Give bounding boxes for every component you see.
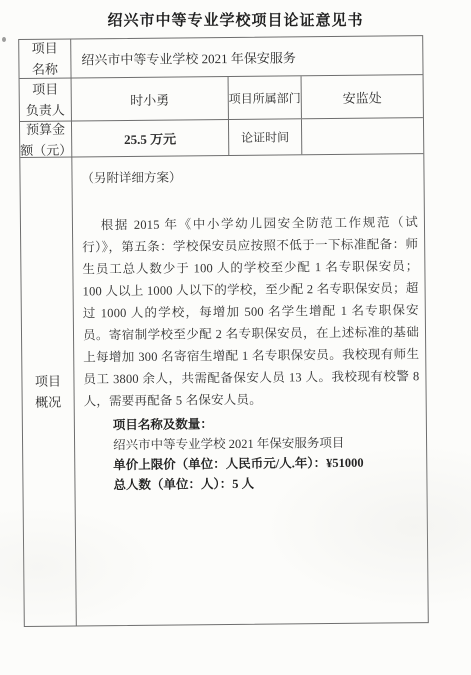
leader-label: 项目 负责人 (20, 79, 71, 121)
budget-label-cell: 预算金 额（元） (20, 122, 72, 157)
department-label-cell: 项目所属部门 (229, 76, 302, 119)
leader-value-cell: 时小勇 (72, 77, 229, 121)
review-time-value-cell (302, 118, 423, 154)
attachment-note: （另附详细方案） (81, 166, 417, 187)
page-title: 绍兴市中等专业学校项目论证意见书 (0, 9, 471, 30)
project-name-label: 项目 名称 (19, 38, 70, 80)
review-time-label: 论证时间 (241, 128, 289, 145)
project-form-table: 项目 名称 绍兴市中等专业学校 2021 年保安服务 项目 负责人 时小勇 项目… (18, 35, 429, 627)
budget-value-cell: 25.5 万元 (72, 120, 229, 157)
project-name-value-cell: 绍兴市中等专业学校 2021 年保安服务 (71, 36, 422, 77)
leader-value: 时小勇 (130, 89, 169, 108)
row-budget: 预算金 额（元） 25.5 万元 论证时间 (20, 118, 423, 158)
row-project-leader: 项目 负责人 时小勇 项目所属部门 安监处 (20, 75, 423, 122)
detail-line-headcount: 总人数（单位：人）：5 人 (113, 472, 420, 495)
department-label: 项目所属部门 (229, 89, 301, 107)
project-name-value: 绍兴市中等专业学校 2021 年保安服务 (81, 47, 296, 68)
project-name-label-cell: 项目 名称 (19, 40, 71, 78)
leader-label-cell: 项目 负责人 (20, 79, 72, 121)
overview-details: 项目名称及数量： 绍兴市中等专业学校 2021 年保安服务项目 单价上限价（单位… (113, 412, 421, 495)
overview-content-cell: （另附详细方案） 根据 2015 年《中小学幼儿园安全防范工作规范（试行）》，第… (72, 154, 427, 625)
scan-speck (2, 37, 6, 42)
budget-label: 预算金 额（元） (20, 118, 71, 160)
row-overview: 项目 概况 （另附详细方案） 根据 2015 年《中小学幼儿园安全防范工作规范（… (20, 154, 427, 626)
budget-value: 25.5 万元 (124, 129, 176, 148)
overview-paragraph: 根据 2015 年《中小学幼儿园安全防范工作规范（试行）》，第五条：学校保安员应… (82, 211, 420, 412)
row-project-name: 项目 名称 绍兴市中等专业学校 2021 年保安服务 (19, 36, 422, 79)
department-value-cell: 安监处 (302, 75, 423, 118)
overview-label: 项目 概况 (22, 370, 73, 412)
review-time-label-cell: 论证时间 (229, 119, 302, 155)
scanned-document-page: 绍兴市中等专业学校项目论证意见书 项目 名称 绍兴市中等专业学校 2021 年保… (0, 0, 471, 675)
overview-label-cell: 项目 概况 (20, 157, 76, 625)
department-value: 安监处 (343, 87, 382, 106)
